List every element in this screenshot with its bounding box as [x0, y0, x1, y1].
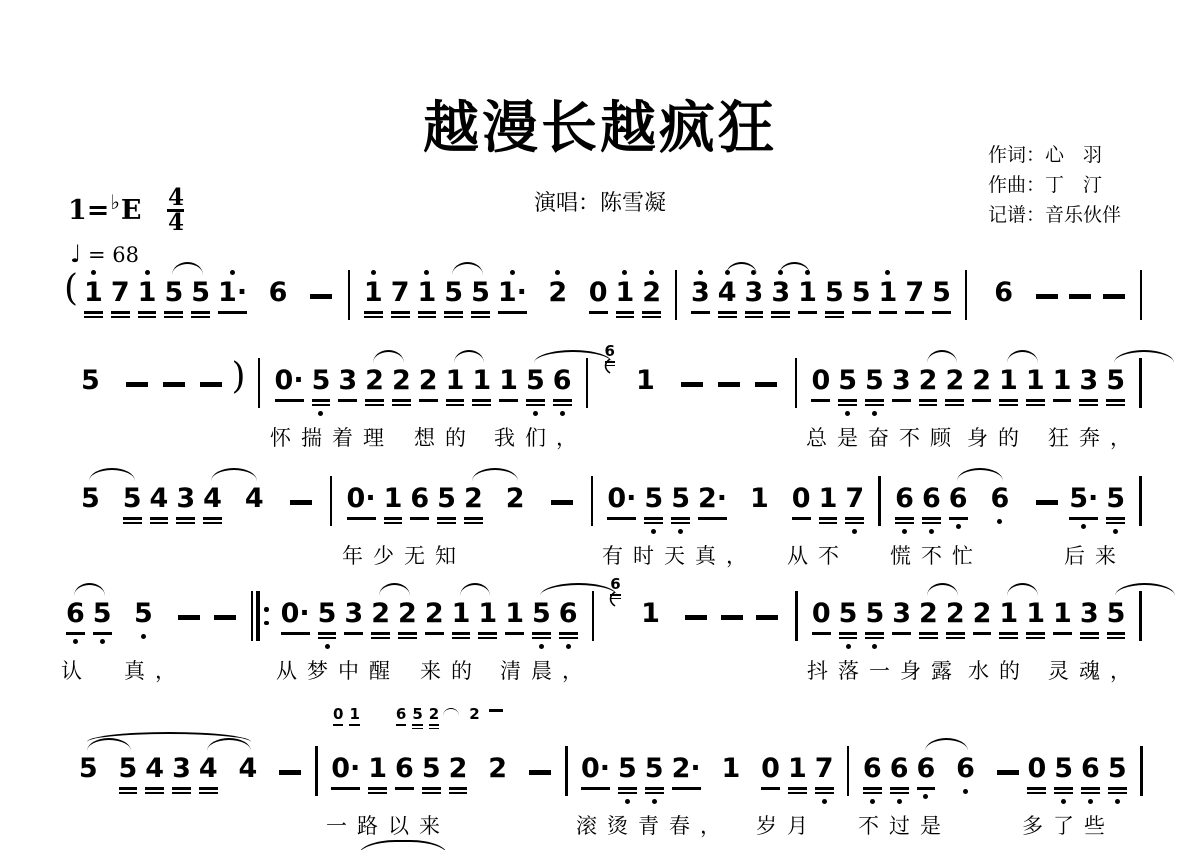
duration-dash [755, 382, 777, 387]
note-number: 2 [464, 484, 483, 514]
beam-line [164, 311, 183, 314]
note-number: 6 [994, 278, 1013, 308]
lyric-chunk: 有时天真， [602, 540, 757, 570]
beam-line [1026, 399, 1045, 402]
note-number: 1 [1053, 366, 1072, 396]
beam-line [792, 517, 811, 520]
beam-line [218, 311, 247, 314]
duration-dash [279, 770, 301, 775]
note-token: 5 [1105, 744, 1130, 805]
note-token: 5 [615, 744, 640, 805]
note-number: 7 [815, 754, 834, 784]
low-octave-dot [1115, 799, 1120, 804]
beam-line [464, 522, 483, 525]
note-number: 1 [364, 278, 383, 308]
clipped-phrase-arc [358, 840, 448, 850]
bar-group [785, 583, 808, 641]
note-token: 2 [970, 589, 995, 635]
note-token: 2 [942, 356, 967, 406]
note-number: 6 [410, 484, 429, 514]
note-number: 5 [1107, 599, 1126, 629]
bar-line [675, 270, 678, 320]
note-number: 1 [505, 599, 524, 629]
duration-dash [178, 615, 200, 620]
slur-arc [211, 468, 257, 481]
octave-dot-slot [424, 268, 429, 276]
low-octave-dot [902, 529, 907, 534]
note-token: 6 [887, 744, 912, 805]
bar-line [330, 476, 333, 526]
beam-line [471, 316, 490, 319]
beam-line [1107, 632, 1126, 635]
dash-group [750, 583, 786, 620]
beam-line [371, 637, 390, 640]
note-token: 6 [892, 474, 917, 535]
lyric-chunk: 总是奋不顾 [806, 422, 961, 452]
octave-dot-slot [1088, 797, 1093, 805]
note-number: 0 [812, 599, 831, 629]
note-token: 3 [1076, 356, 1101, 406]
note-number: 1 [750, 484, 769, 514]
beam-line [922, 517, 941, 520]
high-octave-dot [91, 270, 96, 275]
note-number: 5 [852, 278, 871, 308]
beam-line [890, 787, 909, 790]
dash-group [171, 583, 207, 620]
low-octave-dot [560, 411, 565, 416]
octave-dot-slot [678, 527, 683, 535]
beam-line [444, 311, 463, 314]
note-number: 5 [79, 754, 98, 784]
note-token: 1 [996, 356, 1021, 406]
beam-line [368, 787, 387, 790]
bar-group [556, 738, 577, 796]
lyric-chunk: 来的 [420, 655, 482, 685]
note-token: 0· [604, 474, 639, 520]
beam-line [93, 632, 112, 635]
note-number: 0 [792, 484, 811, 514]
note-number: 2 [365, 366, 384, 396]
beam-line [745, 311, 764, 314]
beam-line [890, 792, 909, 795]
beam-line [819, 522, 838, 525]
duration-dash [489, 709, 503, 712]
beam-line [999, 632, 1018, 635]
note-token: 1 [1050, 356, 1075, 402]
beam-line [718, 316, 737, 319]
note-number: 5 [644, 484, 663, 514]
slur-arc [927, 583, 958, 596]
beam-line [164, 316, 183, 319]
beam-line [412, 728, 422, 730]
note-token: 2 [639, 268, 664, 318]
octave-dot-slot [872, 642, 877, 650]
bar-group [320, 468, 343, 526]
note-token: 3 [335, 356, 360, 402]
beam-line [422, 787, 441, 790]
note-number: 5 [191, 278, 210, 308]
octave-dot-slot [652, 797, 657, 805]
slur-arc [925, 738, 968, 751]
note-token: 6 [946, 474, 971, 531]
repeat-dot [264, 621, 269, 626]
beam-line [838, 404, 857, 407]
note-token: 5 [822, 268, 847, 318]
note-number: 5 [932, 278, 951, 308]
beam-line [499, 399, 518, 402]
note-token: 0 [1024, 744, 1049, 794]
slur-arc [472, 468, 518, 481]
note-number: 5 [671, 484, 690, 514]
note-number: 2 [548, 278, 567, 308]
note-token: 2 [389, 356, 414, 406]
beam-line [798, 311, 817, 314]
note-token: 5 [120, 474, 145, 524]
note-number: 2 [469, 706, 479, 722]
note-token: 0· [344, 474, 379, 520]
beam-line [138, 311, 157, 314]
note-token: 2 [461, 474, 486, 524]
lyric-chunk: 后来 [1064, 540, 1126, 570]
low-octave-dot [100, 639, 105, 644]
note-number: 2 [419, 366, 438, 396]
beam-line [449, 792, 468, 795]
note-token: 0· [278, 589, 313, 635]
note-number: 5 [81, 366, 100, 396]
beam-line [191, 316, 210, 319]
beam-line [1079, 399, 1098, 402]
note-number: 1 [384, 484, 403, 514]
beam-line [1080, 637, 1099, 640]
beam-line [788, 792, 807, 795]
note-number: 2 [919, 599, 938, 629]
note-number: 5 [93, 599, 112, 629]
dash-group [711, 350, 748, 387]
note-number: 3 [1080, 599, 1099, 629]
beam-line [892, 632, 911, 635]
note-token: 1 [876, 268, 901, 314]
note-token: 1 [816, 474, 841, 524]
beam-line [815, 787, 834, 790]
key-signature: 1=♭E 4 4 [68, 188, 184, 233]
beam-line [863, 792, 882, 795]
octave-dot-slot [141, 632, 146, 640]
dash-group [207, 583, 243, 620]
octave-dot-slot [902, 527, 907, 535]
note-number: 1 [999, 599, 1018, 629]
note-number: 1 [641, 599, 660, 629]
note-token: 6 [63, 589, 88, 646]
note-token: 6 [982, 474, 1019, 525]
bar-line [847, 746, 850, 796]
dash-group [678, 583, 714, 620]
note-number: 5 [164, 278, 183, 308]
lyric-chunk: 狂奔， [1048, 422, 1141, 452]
note-number: 5 [532, 599, 551, 629]
beam-line [1108, 787, 1127, 790]
slur-arc [373, 350, 404, 363]
time-signature: 4 4 [167, 188, 184, 233]
beam-line [1053, 399, 1072, 402]
note-token: 7 [812, 744, 837, 805]
bar-group [955, 262, 977, 320]
octave-dot-slot [929, 527, 934, 535]
beam-line [691, 311, 710, 314]
low-octave-dot [533, 411, 538, 416]
note-row: 5543440·165220·552·101766665·5 [62, 468, 1152, 536]
note-number: 5 [1054, 754, 1073, 784]
note-number: 6 [1081, 754, 1100, 784]
note-token: 5 [468, 268, 493, 318]
beam-line [932, 311, 951, 314]
beam-line [145, 792, 164, 795]
note-number: 5 [838, 366, 857, 396]
note-token: 6 [987, 268, 1021, 308]
beam-line [410, 517, 429, 520]
note-number: 2 [506, 484, 525, 514]
octave-dot-slot [872, 409, 877, 417]
note-token: 3 [688, 268, 713, 314]
beam-line [845, 522, 864, 525]
note-number: 5 [865, 366, 884, 396]
octave-dot-slot [533, 409, 538, 417]
slur-arc [927, 350, 957, 363]
note-number: 0· [281, 599, 310, 629]
note-number: 3 [338, 366, 357, 396]
note-number: 5 [422, 754, 441, 784]
note-number: 2 [488, 754, 507, 784]
repeat-thin-bar [251, 591, 253, 641]
duration-dash [997, 770, 1019, 775]
note-number: 6 [917, 754, 936, 784]
beam-line [1069, 517, 1098, 520]
lyric-row: 认真，从梦中醒来的清晨，抖落一身露水的灵魂， [62, 655, 1152, 685]
note-token: 5 [1051, 744, 1076, 805]
note-number: 3 [1079, 366, 1098, 396]
beam-line [1106, 517, 1125, 520]
music-system-1: (171551·6171551·201234331551756 [62, 262, 1152, 330]
note-token: 5 [862, 356, 887, 417]
note-token: 2 [481, 744, 514, 784]
note-token: 1 [449, 589, 474, 639]
note-token: 4 [200, 474, 225, 524]
beam-line [526, 404, 545, 407]
low-octave-dot [652, 799, 657, 804]
beam-line [123, 517, 142, 520]
low-octave-dot [852, 529, 857, 534]
low-octave-dot [923, 794, 928, 799]
octave-dot-slot [560, 409, 565, 417]
note-number: 2 [946, 599, 965, 629]
note-token: 7 [842, 474, 867, 535]
note-token: 0· [578, 744, 613, 790]
note-number: 6 [991, 484, 1010, 514]
note-token: 0 [758, 744, 783, 790]
beam-line [1027, 792, 1046, 795]
beam-line [917, 787, 936, 790]
note-number: 3 [892, 366, 911, 396]
duration-dash [290, 500, 312, 505]
dash-group [1028, 468, 1065, 505]
beam-line [999, 637, 1018, 640]
note-token: 2· [669, 744, 704, 790]
octave-dot-slot [963, 787, 968, 795]
beam-line [429, 728, 439, 730]
duration-dash [1036, 294, 1058, 299]
note-token: 1· [215, 268, 250, 314]
beam-line [123, 522, 142, 525]
bar-line [965, 270, 968, 320]
dash-group [524, 738, 556, 775]
beam-line [526, 399, 545, 402]
beam-line [318, 632, 337, 635]
note-number: 1 [636, 366, 655, 396]
music-system-4: 6550·532221115661055322211135认真，从梦中醒来的清晨… [62, 583, 1152, 685]
dash-group [748, 350, 785, 387]
note-number: 1 [418, 278, 437, 308]
slur-arc [452, 262, 483, 275]
note-token: 2 [427, 702, 441, 729]
high-octave-dot [698, 270, 703, 275]
beam-line [419, 399, 438, 402]
bar-line [315, 746, 318, 796]
beam-line [145, 787, 164, 790]
note-number: 0· [331, 754, 360, 784]
beam-line [815, 792, 834, 795]
beam-line [331, 787, 360, 790]
beam-line [949, 517, 968, 520]
note-token: 6 [394, 702, 408, 726]
note-row: (171551·6171551·201234331551756 [62, 262, 1152, 330]
low-octave-dot [566, 644, 571, 649]
beam-line [905, 311, 924, 314]
beam-line [1026, 632, 1045, 635]
beam-line [1081, 787, 1100, 790]
note-number: 6 [949, 484, 968, 514]
note-number: 5 [839, 599, 858, 629]
bar-line [1140, 270, 1143, 320]
beam-line [922, 522, 941, 525]
beam-line [1027, 787, 1046, 790]
bar-line [795, 358, 798, 408]
beam-line [946, 632, 965, 635]
low-octave-dot [845, 411, 850, 416]
note-token: 5 [309, 356, 334, 417]
note-token: 5 [126, 589, 162, 640]
note-token: 7 [902, 268, 927, 314]
bar-line [1140, 746, 1143, 796]
note-number: 5 [318, 599, 337, 629]
note-token: 6 [860, 744, 885, 805]
bar-group [868, 468, 891, 526]
beam-line [312, 399, 331, 402]
beam-line [111, 316, 130, 319]
octave-dot-slot [73, 638, 78, 646]
note-number: 1 [84, 278, 103, 308]
beam-line [642, 316, 661, 319]
lyric-chunk: 我们， [494, 422, 587, 452]
duration-dash [1069, 294, 1091, 299]
bar-group [338, 262, 360, 320]
beam-line [422, 792, 441, 795]
beam-line [392, 399, 411, 402]
note-token: 2· [695, 474, 730, 520]
note-number: 5 [526, 366, 545, 396]
slur-arc [1007, 350, 1038, 363]
note-number: 5 [312, 366, 331, 396]
note-number: 4 [718, 278, 737, 308]
meter-top: 4 [168, 188, 184, 208]
note-number: 2 [945, 366, 964, 396]
beam-line [119, 792, 138, 795]
note-row: 5)0·532221115661055322211135 [62, 350, 1152, 418]
note-number: 3 [892, 599, 911, 629]
octave-dot-slot [822, 797, 827, 805]
lyric-chunk: 想的 [414, 422, 476, 452]
low-octave-dot [325, 644, 330, 649]
note-number: 3 [771, 278, 790, 308]
lyric-chunk: 慌不忙 [890, 540, 983, 570]
note-number: 7 [845, 484, 864, 514]
beam-line [999, 404, 1018, 407]
note-token: 2 [467, 702, 481, 722]
note-token: 1 [1023, 589, 1048, 639]
note-token: 4 [715, 268, 740, 318]
beam-line [839, 637, 858, 640]
octave-dot-slot [649, 268, 654, 276]
note-number: 7 [905, 278, 924, 308]
note-token: 0 [586, 268, 611, 314]
beam-line [852, 311, 871, 314]
beam-line [176, 522, 195, 525]
note-number: 5 [618, 754, 637, 784]
dash-group [544, 468, 581, 505]
note-number: 1 [138, 278, 157, 308]
octave-dot-slot [1061, 797, 1066, 805]
note-token: 0 [809, 589, 834, 635]
note-number: 1 [472, 366, 491, 396]
octave-dot-slot [846, 642, 851, 650]
beam-line [618, 792, 637, 795]
duration-dash [310, 294, 332, 299]
octave-dot-slot [885, 268, 890, 276]
beam-line [895, 522, 914, 525]
lyric-chunk: 多了些 [1022, 810, 1115, 840]
note-number: 0 [761, 754, 780, 784]
note-token: 1 [135, 268, 160, 318]
beam-line [191, 311, 210, 314]
note-token: 5 [1103, 356, 1128, 406]
note-number: 5 [444, 278, 463, 308]
note-number: 5 [81, 484, 100, 514]
note-token: 7 [108, 268, 133, 318]
high-octave-dot [510, 270, 515, 275]
duration-dash [681, 382, 703, 387]
beam-line [203, 517, 222, 520]
duration-dash [163, 382, 185, 387]
note-token: 1 [496, 356, 521, 402]
lyricist-credit: 作词：心 羽 [988, 140, 1121, 170]
lyric-chunk: 不过是 [858, 810, 951, 840]
beam-line [698, 517, 727, 520]
octave-dot-slot [371, 268, 376, 276]
beam-line [553, 399, 572, 402]
low-octave-dot [318, 411, 323, 416]
octave-dot-slot [897, 797, 902, 805]
high-octave-dot [230, 270, 235, 275]
octave-dot-slot [956, 523, 961, 531]
low-octave-dot [929, 529, 934, 534]
